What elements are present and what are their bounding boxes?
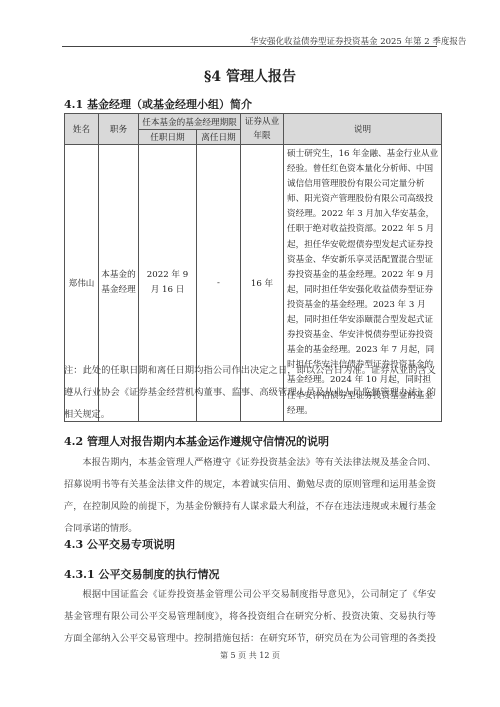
col-header-name: 姓名 — [65, 114, 99, 145]
section-4-3-1-body: 根据中国证监会《证券投资基金管理公司公平交易制度指导意见》，公司制定了《华安基金… — [64, 584, 436, 650]
col-header-start-date: 任职日期 — [139, 130, 197, 145]
col-header-description: 说明 — [284, 114, 442, 145]
section-4-3-1-heading: 4.3.1 公平交易制度的执行情况 — [64, 566, 219, 582]
section-4-1-heading: 4.1 基金经理（或基金经理小组）简介 — [64, 96, 252, 112]
section-4-2-heading: 4.2 管理人对报告期内本基金运作遵规守信情况的说明 — [64, 433, 329, 449]
col-header-years: 证券从业年限 — [241, 114, 284, 145]
page-number: 第 5 页 共 12 页 — [0, 650, 500, 661]
table-note: 注：此处的任职日期和离任日期均指公司作出决定之日，即以公告日为准。证券从业的含义… — [64, 360, 436, 426]
section-4-3-heading: 4.3 公平交易专项说明 — [64, 536, 175, 552]
page-title: §4 管理人报告 — [0, 66, 500, 86]
section-4-2-body: 本报告期内，本基金管理人严格遵守《证券投资基金法》等有关法律法规及基金合同、招募… — [64, 452, 436, 540]
col-header-end-date: 离任日期 — [197, 130, 241, 145]
col-header-term-group: 任本基金的基金经理期限 — [139, 114, 241, 130]
col-header-position: 职务 — [99, 114, 139, 145]
header-divider — [62, 46, 437, 47]
